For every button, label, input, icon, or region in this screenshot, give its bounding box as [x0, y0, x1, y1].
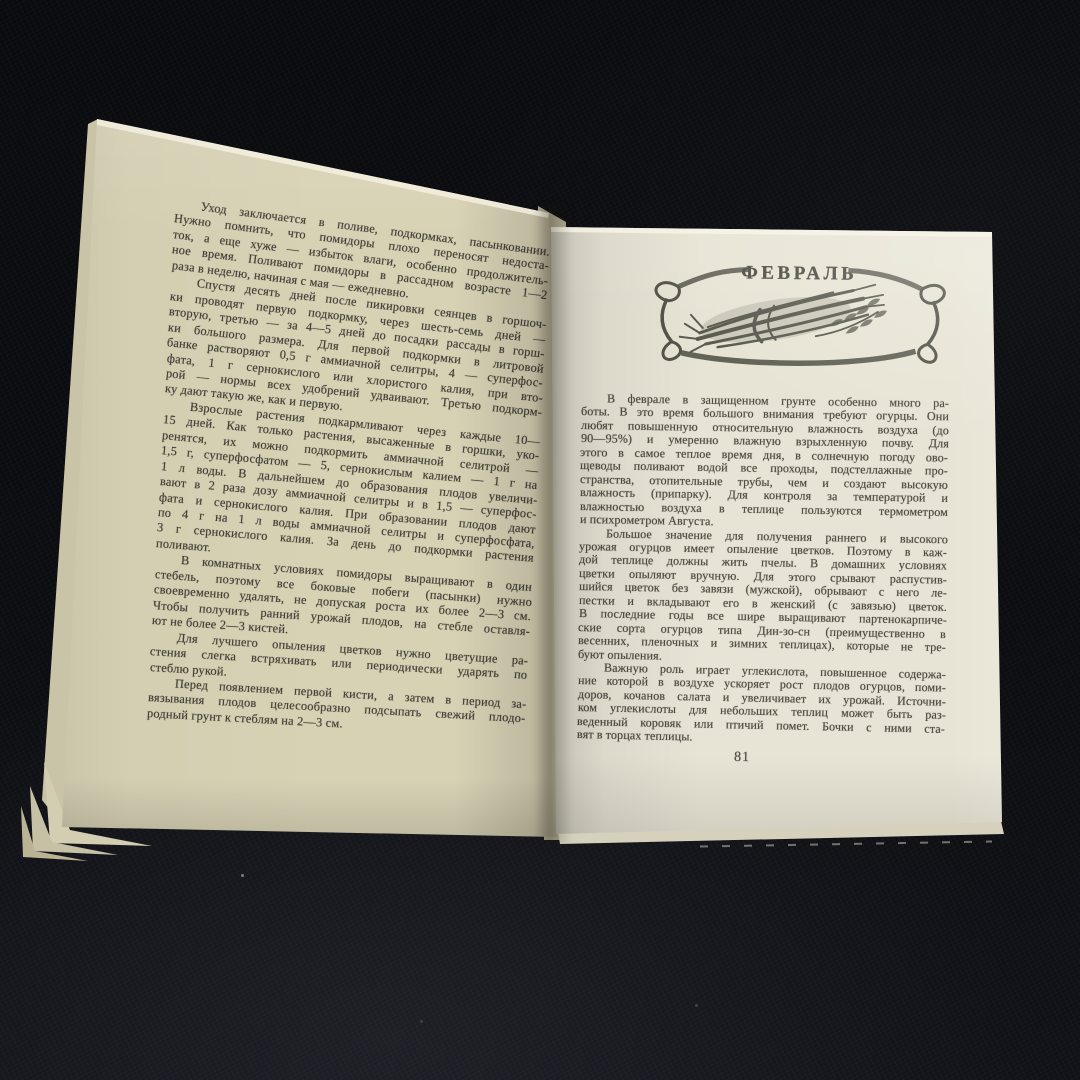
- chapter-banner: ФЕВРАЛЬ: [647, 246, 950, 371]
- dust-speck: [695, 1004, 698, 1007]
- banner-title: ФЕВРАЛЬ: [741, 262, 857, 284]
- vegetable-bundle-illustration: [680, 283, 888, 354]
- dust-speck: [241, 874, 244, 877]
- photo-of-open-book: Уход заключается в поливе, подкормках, п…: [0, 0, 1080, 1080]
- gutter-shadow: [534, 206, 572, 844]
- page-number: 81: [734, 750, 750, 766]
- chapter-banner-graphic: ФЕВРАЛЬ: [647, 246, 950, 371]
- dust-speck: [420, 1020, 423, 1023]
